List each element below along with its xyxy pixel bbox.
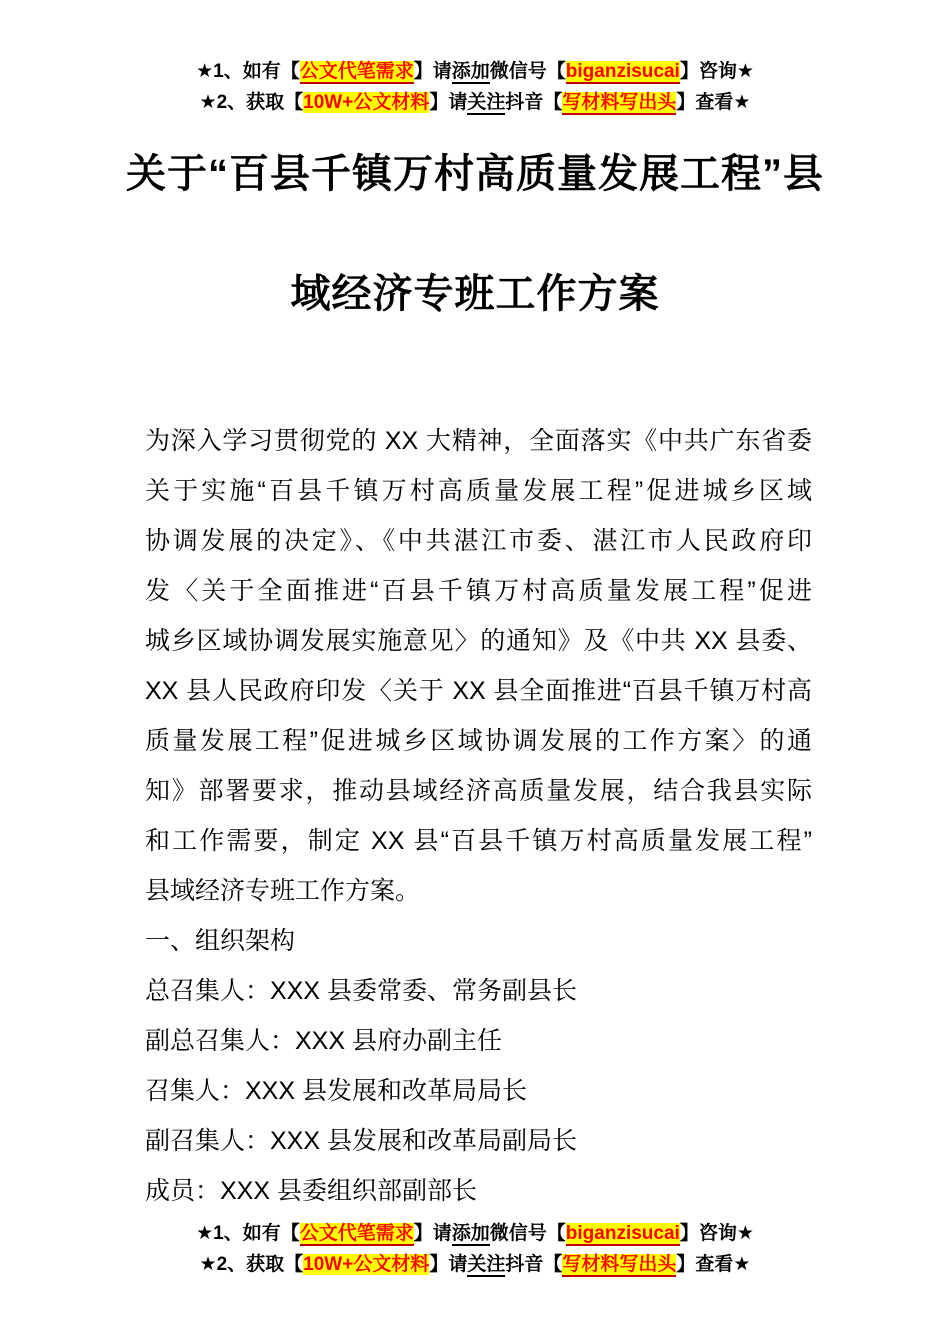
promo-text-segment: 微信号【: [490, 61, 566, 82]
promo-text-segment: ★2、获取【: [200, 92, 304, 113]
promo-text-segment: ★1、如有【: [196, 61, 300, 82]
promo-text-segment: 微信号【: [490, 1223, 566, 1244]
promo-text-segment: 】查看★: [676, 92, 750, 113]
promo-banner-top-line-2: ★2、获取【10W+公文材料】请关注抖音【写材料写出头】查看★: [0, 87, 950, 118]
promo-text-segment: 】咨询★: [680, 1223, 754, 1244]
paragraph-line: 关于实施“百县千镇万村高质量发展工程”促进城乡区域: [145, 466, 812, 516]
paragraph-line: 和工作需要，制定 XX 县“百县千镇万村高质量发展工程”: [145, 816, 812, 866]
paragraph-line: 质量发展工程”促进城乡区域协调发展的工作方案〉的通: [145, 716, 812, 766]
promo-text-segment: ★1、如有【: [196, 1223, 300, 1244]
promo-text-segment: 】请: [414, 1223, 452, 1244]
promo-text-segment: 添加: [452, 1223, 490, 1246]
roster-line: 成员：XXX 县委组织部副部长: [145, 1166, 812, 1216]
promo-text-segment: 公文代笔需求: [300, 61, 414, 84]
promo-text-segment: 关注: [467, 92, 505, 115]
page-title-line-1: 关于“百县千镇万村高质量发展工程”县: [0, 146, 950, 202]
paragraph-line: 为深入学习贯彻党的 XX 大精神，全面落实《中共广东省委: [145, 416, 812, 466]
promo-text-segment: 写材料写出头: [562, 92, 676, 115]
paragraph-line: 发〈关于全面推进“百县千镇万村高质量发展工程”促进: [145, 566, 812, 616]
promo-text-segment: 公文代笔需求: [300, 1223, 414, 1246]
promo-text-segment: 】请: [429, 92, 467, 113]
promo-text-segment: 抖音【: [505, 92, 562, 113]
promo-text-segment: 写材料写出头: [562, 1254, 676, 1277]
promo-banner-bottom-line-1: ★1、如有【公文代笔需求】请添加微信号【biganzisucai】咨询★: [0, 1218, 950, 1249]
paragraph-line: XX 县人民政府印发〈关于 XX 县全面推进“百县千镇万村高: [145, 666, 812, 716]
promo-text-segment: 】请: [414, 61, 452, 82]
roster-line: 召集人：XXX 县发展和改革局局长: [145, 1066, 812, 1116]
promo-text-segment: 抖音【: [505, 1254, 562, 1275]
promo-text-segment: biganzisucai: [566, 1223, 680, 1246]
promo-text-segment: 】查看★: [676, 1254, 750, 1275]
page-title-line-2: 域经济专班工作方案: [0, 266, 950, 322]
roster-line: 副召集人：XXX 县发展和改革局副局长: [145, 1116, 812, 1166]
promo-text-segment: 10W+公文材料: [303, 92, 429, 113]
paragraph-line: 县域经济专班工作方案。: [145, 866, 812, 916]
document-body: 为深入学习贯彻党的 XX 大精神，全面落实《中共广东省委关于实施“百县千镇万村高…: [0, 416, 950, 1216]
promo-text-segment: 】请: [429, 1254, 467, 1275]
promo-text-segment: 关注: [467, 1254, 505, 1277]
promo-banner-top: ★1、如有【公文代笔需求】请添加微信号【biganzisucai】咨询★ ★2、…: [0, 0, 950, 118]
paragraph-line: 协调发展的决定》、《中共湛江市委、湛江市人民政府印: [145, 516, 812, 566]
intro-paragraph: 为深入学习贯彻党的 XX 大精神，全面落实《中共广东省委关于实施“百县千镇万村高…: [145, 416, 812, 916]
roster-line: 总召集人：XXX 县委常委、常务副县长: [145, 966, 812, 1016]
section-heading-org-structure: 一、组织架构: [145, 916, 812, 966]
promo-banner-bottom: ★1、如有【公文代笔需求】请添加微信号【biganzisucai】咨询★ ★2、…: [0, 1216, 950, 1280]
promo-text-segment: 】咨询★: [680, 61, 754, 82]
promo-text-segment: 10W+公文材料: [303, 1254, 429, 1275]
promo-banner-bottom-line-2: ★2、获取【10W+公文材料】请关注抖音【写材料写出头】查看★: [0, 1249, 950, 1280]
paragraph-line: 知》部署要求，推动县域经济高质量发展，结合我县实际: [145, 766, 812, 816]
promo-text-segment: ★2、获取【: [200, 1254, 304, 1275]
roster-line: 副总召集人：XXX 县府办副主任: [145, 1016, 812, 1066]
promo-text-segment: 添加: [452, 61, 490, 84]
promo-text-segment: biganzisucai: [566, 61, 680, 84]
promo-banner-top-line-1: ★1、如有【公文代笔需求】请添加微信号【biganzisucai】咨询★: [0, 56, 950, 87]
paragraph-line: 城乡区域协调发展实施意见〉的通知》及《中共 XX 县委、: [145, 616, 812, 666]
roster-list: 总召集人：XXX 县委常委、常务副县长副总召集人：XXX 县府办副主任召集人：X…: [145, 966, 812, 1216]
document-page: ★1、如有【公文代笔需求】请添加微信号【biganzisucai】咨询★ ★2、…: [0, 0, 950, 1344]
